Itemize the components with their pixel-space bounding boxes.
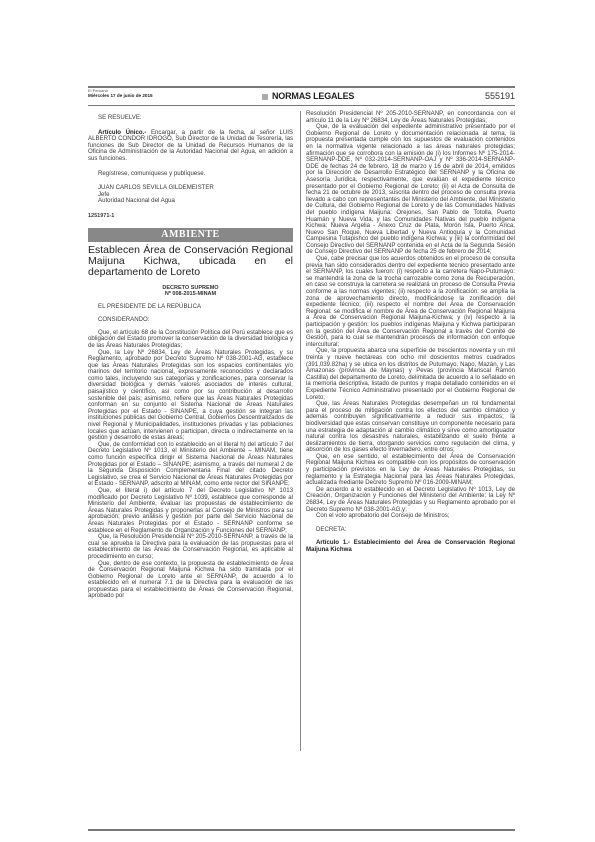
section-label: NORMAS LEGALES <box>272 91 354 101</box>
paragraph: Que, las Áreas Naturales Protegidas dese… <box>306 401 515 454</box>
newspaper-page: El Peruano Miércoles 17 de junio de 2015… <box>88 86 515 109</box>
paragraph: Que, la propuesta abarca una superficie … <box>306 348 515 401</box>
decree-number: DECRETO SUPREMO Nº 008-2015-MINAM <box>88 285 293 297</box>
paragraph: Que, el artículo 68 de la Constitución P… <box>88 330 293 350</box>
paragraph: Que, de la evaluación del expediente adm… <box>306 124 515 256</box>
paragraph: Que, el literal i) del artículo 7 del De… <box>88 488 293 534</box>
paragraph: Que, en ese sentido, el establecimiento … <box>306 454 515 487</box>
left-column: SE RESUELVE: Artículo Único.- Encargar, … <box>88 109 293 600</box>
articulo-unico: Artículo Único.- Encargar, a partir de l… <box>88 130 293 163</box>
registrese: Regístrese, comuníquese y publíquese. <box>88 171 293 178</box>
column-divider <box>300 111 301 751</box>
doc-code: 1251971-1 <box>88 213 293 220</box>
bottom-rule <box>88 829 515 831</box>
coat-of-arms-icon <box>262 94 268 100</box>
paragraph: De acuerdo a lo establecido en el Decret… <box>306 487 515 513</box>
decree-title: Establecen Área de Conservación Regional… <box>88 245 293 278</box>
signer-name: JUAN CARLOS SEVILLA GILDEMEISTER <box>88 185 293 192</box>
presidente: EL PRESIDENTE DE LA REPÚBLICA <box>88 304 293 311</box>
publication-date: Miércoles 17 de junio de 2015 <box>88 93 153 98</box>
section-band: AMBIENTE <box>88 228 293 242</box>
section-title: NORMAS LEGALES <box>262 91 354 101</box>
decree-line2: Nº 008-2015-MINAM <box>88 291 293 297</box>
signer-org: Autoridad Nacional del Agua <box>88 198 293 205</box>
se-resuelve: SE RESUELVE: <box>88 115 293 122</box>
paragraph: Que, la Resolución Presidencial Nº 205-2… <box>88 534 293 560</box>
paragraph: Que, cabe precisar que los acuerdos obte… <box>306 256 515 348</box>
paragraph: Que, dentro de ese contexto, la propuest… <box>88 561 293 601</box>
right-column: Resolución Presidencial Nº 205-2010-SERN… <box>306 109 515 554</box>
header-left: El Peruano Miércoles 17 de junio de 2015 <box>88 88 153 98</box>
paragraph: Que, la Ley Nº 26834, Ley de Áreas Natur… <box>88 350 293 442</box>
decreta: DECRETA: <box>306 527 515 534</box>
considerando: CONSIDERANDO: <box>88 317 293 324</box>
page-number: 555191 <box>485 91 515 101</box>
page-header: El Peruano Miércoles 17 de junio de 2015… <box>88 86 515 106</box>
paragraph: Que, de conformidad con lo establecido e… <box>88 442 293 488</box>
articulo-1-heading: Artículo 1.- Establecimiento del Área de… <box>306 540 515 553</box>
paragraph: Con el voto aprobatorio del Consejo de M… <box>306 513 515 520</box>
